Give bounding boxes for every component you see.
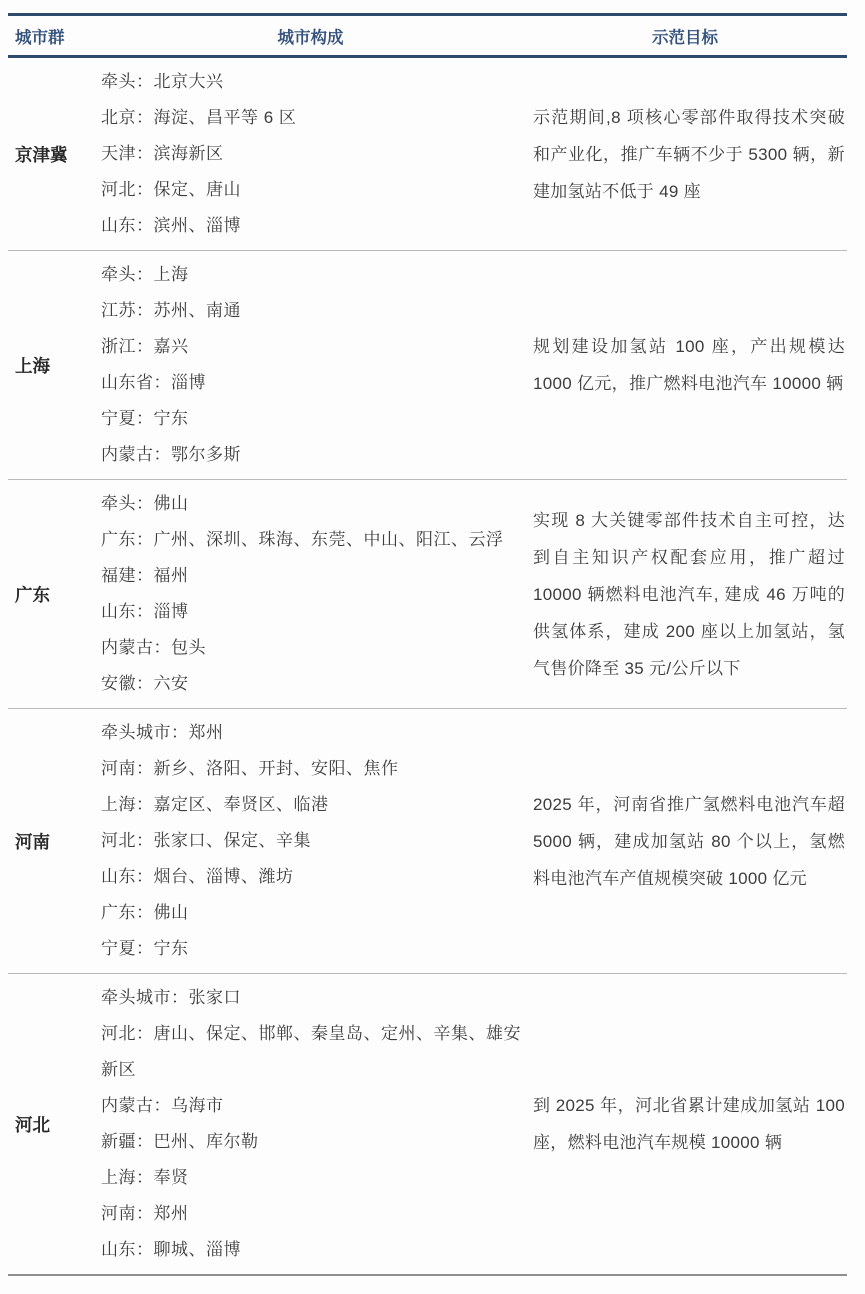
composition-line: 北京：海淀、昌平等 6 区 [101, 100, 523, 136]
composition-line: 天津：滨海新区 [101, 136, 523, 172]
composition-line: 山东：烟台、淄博、潍坊 [101, 859, 523, 895]
column-header-demo-target: 示范目标 [523, 24, 847, 48]
composition-line: 牵头：佛山 [101, 486, 523, 522]
column-header-city-cluster: 城市群 [8, 24, 98, 48]
composition-line: 河北：保定、唐山 [101, 172, 523, 208]
demo-target-text: 示范期间,8 项核心零部件取得技术突破和产业化，推广车辆不少于 5300 辆，新… [533, 99, 845, 210]
composition-line: 江苏：苏州、南通 [101, 293, 523, 329]
table-header-row: 城市群 城市构成 示范目标 [8, 13, 847, 58]
composition-line: 浙江：嘉兴 [101, 329, 523, 365]
demo-target-cell: 2025 年，河南省推广氢燃料电池汽车超 5000 辆，建成加氢站 80 个以上… [523, 715, 847, 967]
composition-line: 牵头城市：郑州 [101, 715, 523, 751]
composition-line: 内蒙古：鄂尔多斯 [101, 437, 523, 473]
composition-line: 宁夏：宁东 [101, 931, 523, 967]
composition-line: 新疆：巴州、库尔勒 [101, 1124, 523, 1160]
composition-line: 山东：聊城、淄博 [101, 1232, 523, 1268]
table-row: 上海 牵头：上海江苏：苏州、南通浙江：嘉兴山东省：淄博宁夏：宁东内蒙古：鄂尔多斯… [8, 250, 847, 479]
city-composition-cell: 牵头：北京大兴北京：海淀、昌平等 6 区天津：滨海新区河北：保定、唐山山东：滨州… [98, 64, 523, 244]
composition-line: 河北：唐山、保定、邯郸、秦皇岛、定州、辛集、雄安新区 [101, 1016, 523, 1088]
city-cluster-name: 河南 [8, 715, 98, 967]
city-cluster-table: 城市群 城市构成 示范目标 京津冀 牵头：北京大兴北京：海淀、昌平等 6 区天津… [8, 13, 847, 1276]
city-cluster-name: 上海 [8, 257, 98, 473]
composition-line: 牵头：北京大兴 [101, 64, 523, 100]
city-composition-cell: 牵头：佛山广东：广州、深圳、珠海、东莞、中山、阳江、云浮福建：福州山东：淄博内蒙… [98, 486, 523, 702]
demo-target-cell: 规划建设加氢站 100 座，产出规模达 1000 亿元，推广燃料电池汽车 100… [523, 257, 847, 473]
demo-target-cell: 到 2025 年，河北省累计建成加氢站 100 座，燃料电池汽车规模 10000… [523, 980, 847, 1268]
demo-target-cell: 示范期间,8 项核心零部件取得技术突破和产业化，推广车辆不少于 5300 辆，新… [523, 64, 847, 244]
table-body: 京津冀 牵头：北京大兴北京：海淀、昌平等 6 区天津：滨海新区河北：保定、唐山山… [8, 58, 847, 1276]
composition-line: 河北：张家口、保定、辛集 [101, 823, 523, 859]
composition-line: 牵头城市：张家口 [101, 980, 523, 1016]
composition-line: 山东：淄博 [101, 594, 523, 630]
composition-line: 河南：郑州 [101, 1196, 523, 1232]
composition-line: 山东省：淄博 [101, 365, 523, 401]
composition-line: 山东：滨州、淄博 [101, 208, 523, 244]
city-composition-cell: 牵头城市：郑州河南：新乡、洛阳、开封、安阳、焦作上海：嘉定区、奉贤区、临港河北：… [98, 715, 523, 967]
table-row: 河南 牵头城市：郑州河南：新乡、洛阳、开封、安阳、焦作上海：嘉定区、奉贤区、临港… [8, 708, 847, 973]
composition-line: 牵头：上海 [101, 257, 523, 293]
city-cluster-name: 广东 [8, 486, 98, 702]
column-header-city-composition: 城市构成 [98, 24, 523, 48]
composition-line: 宁夏：宁东 [101, 401, 523, 437]
city-composition-cell: 牵头：上海江苏：苏州、南通浙江：嘉兴山东省：淄博宁夏：宁东内蒙古：鄂尔多斯 [98, 257, 523, 473]
composition-line: 福建：福州 [101, 558, 523, 594]
table-row: 河北 牵头城市：张家口河北：唐山、保定、邯郸、秦皇岛、定州、辛集、雄安新区内蒙古… [8, 973, 847, 1274]
demo-target-cell: 实现 8 大关键零部件技术自主可控，达到自主知识产权配套应用，推广超过 1000… [523, 486, 847, 702]
composition-line: 广东：佛山 [101, 895, 523, 931]
composition-line: 内蒙古：包头 [101, 630, 523, 666]
table-row: 广东 牵头：佛山广东：广州、深圳、珠海、东莞、中山、阳江、云浮福建：福州山东：淄… [8, 479, 847, 708]
composition-line: 安徽：六安 [101, 666, 523, 702]
city-cluster-name: 京津冀 [8, 64, 98, 244]
composition-line: 上海：奉贤 [101, 1160, 523, 1196]
demo-target-text: 实现 8 大关键零部件技术自主可控，达到自主知识产权配套应用，推广超过 1000… [533, 502, 845, 687]
table-row: 京津冀 牵头：北京大兴北京：海淀、昌平等 6 区天津：滨海新区河北：保定、唐山山… [8, 58, 847, 250]
demo-target-text: 到 2025 年，河北省累计建成加氢站 100 座，燃料电池汽车规模 10000… [533, 1087, 845, 1161]
demo-target-text: 规划建设加氢站 100 座，产出规模达 1000 亿元，推广燃料电池汽车 100… [533, 328, 845, 402]
composition-line: 广东：广州、深圳、珠海、东莞、中山、阳江、云浮 [101, 522, 523, 558]
composition-line: 内蒙古：乌海市 [101, 1088, 523, 1124]
city-cluster-name: 河北 [8, 980, 98, 1268]
city-composition-cell: 牵头城市：张家口河北：唐山、保定、邯郸、秦皇岛、定州、辛集、雄安新区内蒙古：乌海… [98, 980, 523, 1268]
composition-line: 河南：新乡、洛阳、开封、安阳、焦作 [101, 751, 523, 787]
demo-target-text: 2025 年，河南省推广氢燃料电池汽车超 5000 辆，建成加氢站 80 个以上… [533, 786, 845, 897]
composition-line: 上海：嘉定区、奉贤区、临港 [101, 787, 523, 823]
